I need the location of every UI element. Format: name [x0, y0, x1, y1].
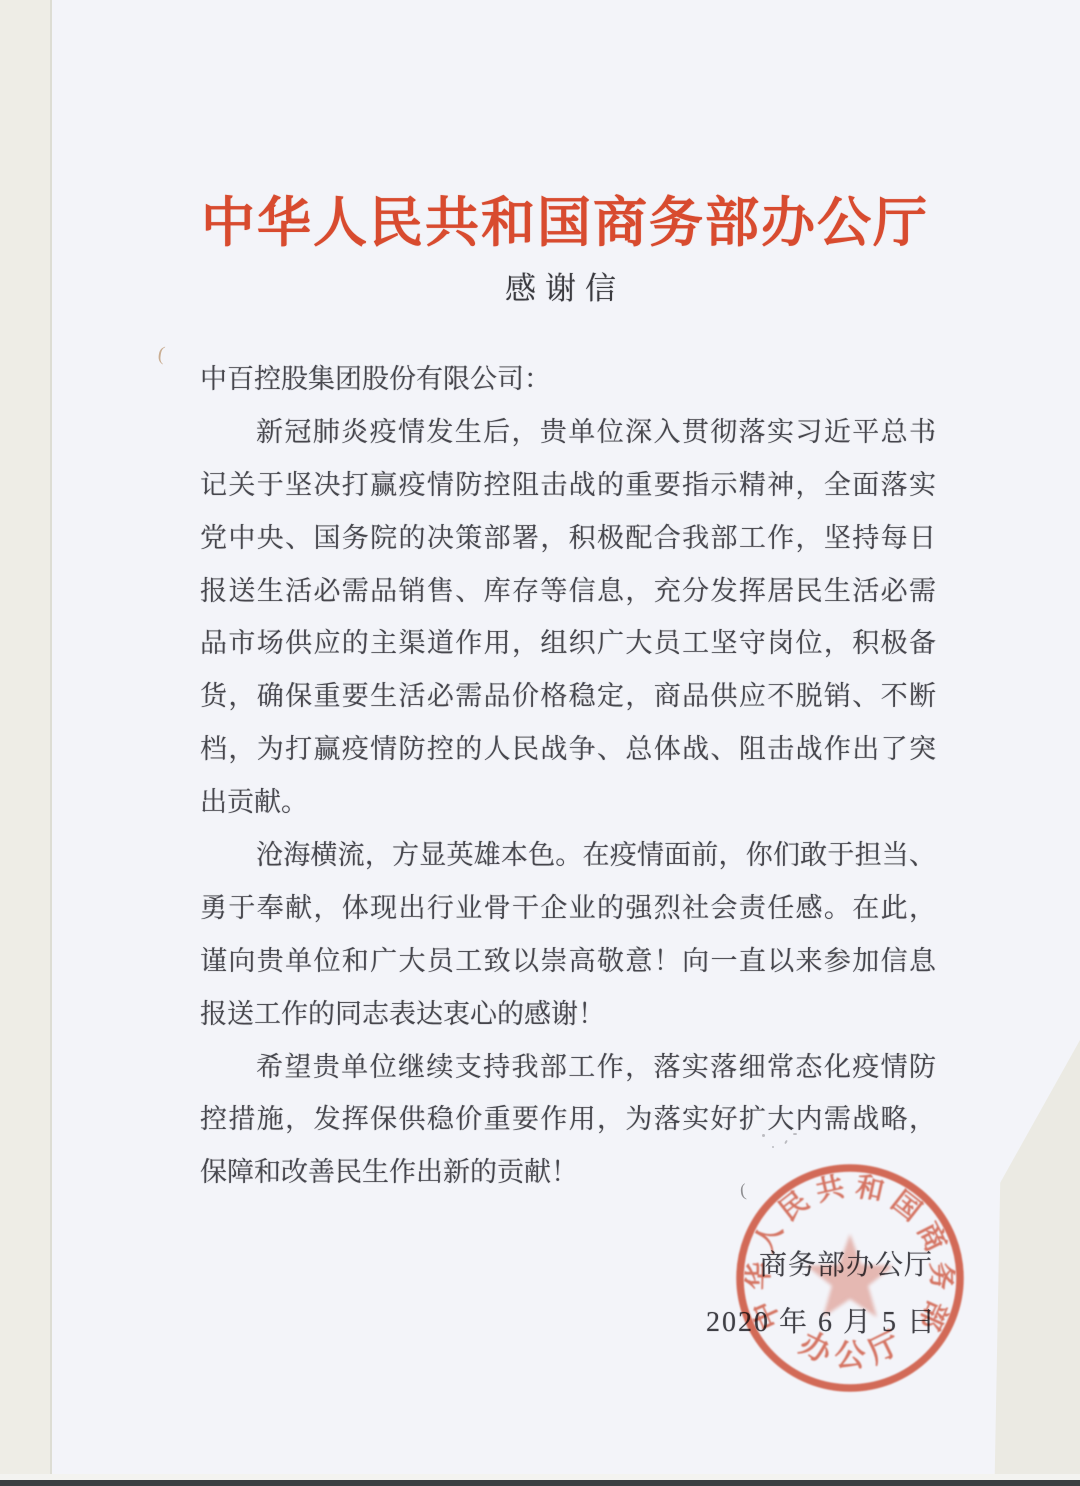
- body-line: 党中央、国务院的决策部署，积极配合我部工作，坚持每日: [200, 512, 936, 565]
- seal-star-icon: [806, 1234, 893, 1317]
- scanned-letter-page: 中华人民共和国商务部办公厅 感谢信 中百控股集团股份有限公司： 新冠肺炎疫情发生…: [0, 0, 1080, 1486]
- svg-text:华: 华: [743, 1262, 776, 1291]
- body-line: 出贡献。: [200, 776, 936, 829]
- body-line: 希望贵单位继续支持我部工作，落实落细常态化疫情防: [200, 1041, 936, 1094]
- scan-artifact-mark: (: [157, 344, 166, 365]
- body-line: 沧海横流，方显英雄本色。在疫情面前，你们敢于担当、: [200, 829, 936, 882]
- paper-edge-bottom-right: [985, 1040, 1080, 1486]
- svg-text:厅: 厅: [862, 1325, 905, 1370]
- letter-title: 感谢信: [50, 263, 1080, 308]
- scanner-edge-left: [0, 0, 52, 1486]
- letter-body: 中百控股集团股份有限公司： 新冠肺炎疫情发生后，贵单位深入贯彻落实习近平总书 记…: [200, 353, 936, 1199]
- body-line: 记关于坚决打赢疫情防控阻击战的重要指示精神，全面落实: [200, 459, 936, 512]
- body-line: 品市场供应的主渠道作用，组织广大员工坚守岗位，积极备: [200, 617, 936, 670]
- scan-bottom-edge: [0, 1480, 1080, 1486]
- body-line: 档，为打赢疫情防控的人民战争、总体战、阻击战作出了突: [200, 723, 936, 776]
- svg-text:办: 办: [794, 1325, 838, 1370]
- body-line: 新冠肺炎疫情发生后，贵单位深入贯彻落实习近平总书: [200, 406, 936, 459]
- scan-speck: [772, 1146, 774, 1148]
- svg-text:共: 共: [813, 1171, 847, 1208]
- body-line: 报送工作的同志表达衷心的感谢！: [200, 988, 936, 1041]
- body-line: 勇于奉献，体现出行业骨干企业的强烈社会责任感。在此，: [200, 882, 936, 935]
- body-line: 谨向贵单位和广大员工致以崇高敬意！向一直以来参加信息: [200, 935, 936, 988]
- recipient-line: 中百控股集团股份有限公司：: [200, 353, 936, 406]
- body-line: 货，确保重要生活必需品价格稳定，商品供应不脱销、不断: [200, 670, 936, 723]
- svg-text:和: 和: [853, 1171, 887, 1208]
- letterhead-issuer: 中华人民共和国商务部办公厅: [50, 180, 1080, 257]
- official-seal-stamp: 中华人民共和国商务部办公厅: [706, 1136, 994, 1424]
- svg-text:公: 公: [835, 1338, 866, 1373]
- body-line: 报送生活必需品销售、库存等信息，充分发挥居民生活必需: [200, 565, 936, 618]
- scan-speck: [762, 1134, 765, 1137]
- svg-text:务: 务: [925, 1262, 958, 1291]
- scan-speck: [793, 1133, 797, 1135]
